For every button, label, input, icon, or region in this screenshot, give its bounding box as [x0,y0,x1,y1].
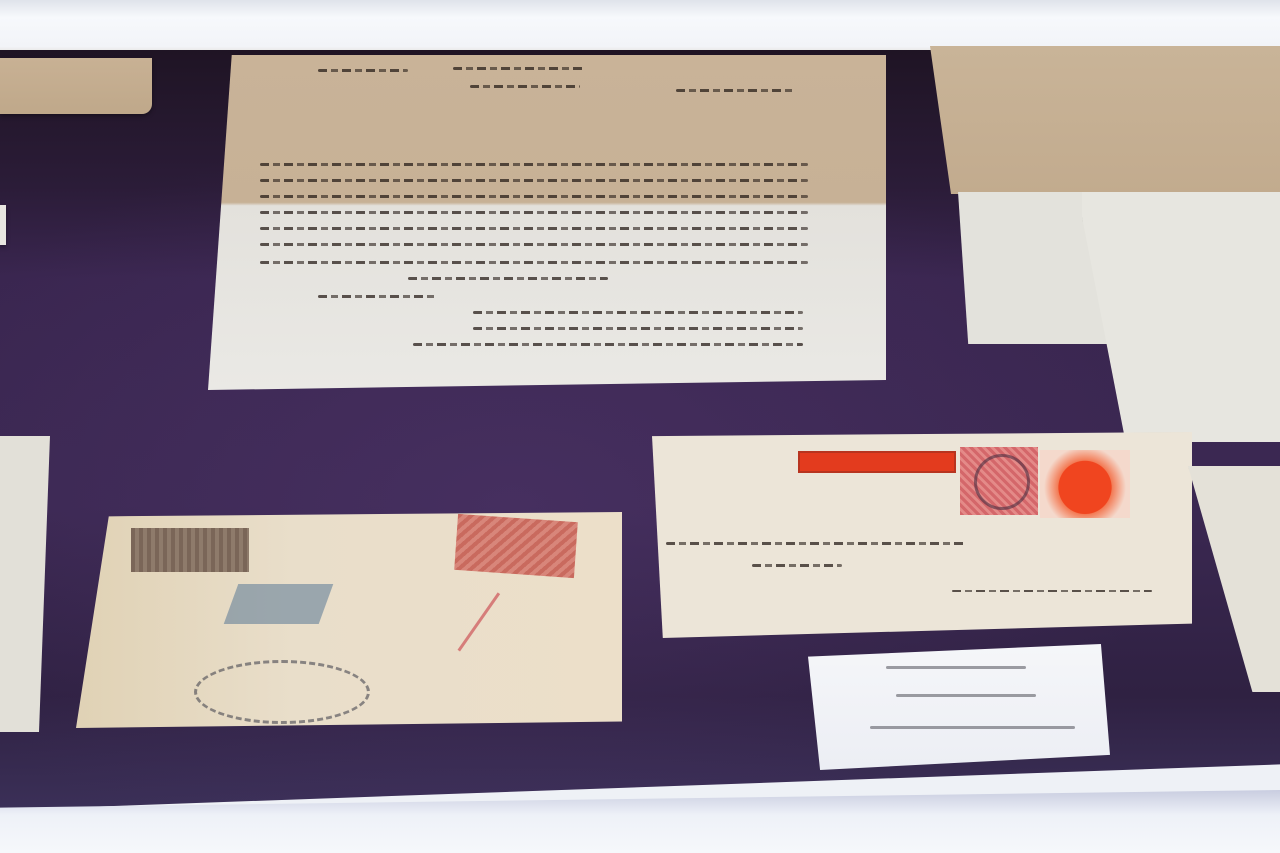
letter-text-line [260,211,808,214]
letter-text-line [408,277,608,280]
label-text-line [870,726,1075,729]
letter-text-line [260,243,808,246]
letter-header-line [453,67,583,70]
letter-header-line [318,69,408,72]
postcard-address-line [752,564,842,567]
red-banner [798,451,956,473]
document-right-beige [930,46,1280,194]
letter-text-line [260,261,808,264]
letter-text-line [413,343,803,346]
letter-text-line [473,327,803,330]
letter-text-line [260,163,808,166]
letter-signature [318,295,438,298]
blue-cancellation [224,584,334,624]
postmark [974,454,1030,510]
letter-text-line [260,179,808,182]
label-title-line [886,666,1026,669]
envelope [76,512,622,728]
red-handwriting [458,592,558,691]
letter-header-line [676,89,796,92]
letter-header-line [470,85,580,88]
document-top-left [0,58,152,114]
exhibit-label-card [808,644,1110,770]
handwritten-letter [208,55,886,390]
document-edge-left-top [0,205,6,245]
display-case [0,0,1280,853]
label-text-line [896,694,1036,697]
postcard-address-line [666,542,966,545]
stamp-brown [131,528,249,572]
stamp-red [454,514,578,578]
postcard-address-line [952,590,1152,592]
letter-text-line [260,195,808,198]
oval-handstamp [194,660,370,724]
stamp-orange [1040,450,1130,518]
postal-card [652,432,1192,638]
letter-text-line [260,227,808,230]
letter-text-line [473,311,803,314]
